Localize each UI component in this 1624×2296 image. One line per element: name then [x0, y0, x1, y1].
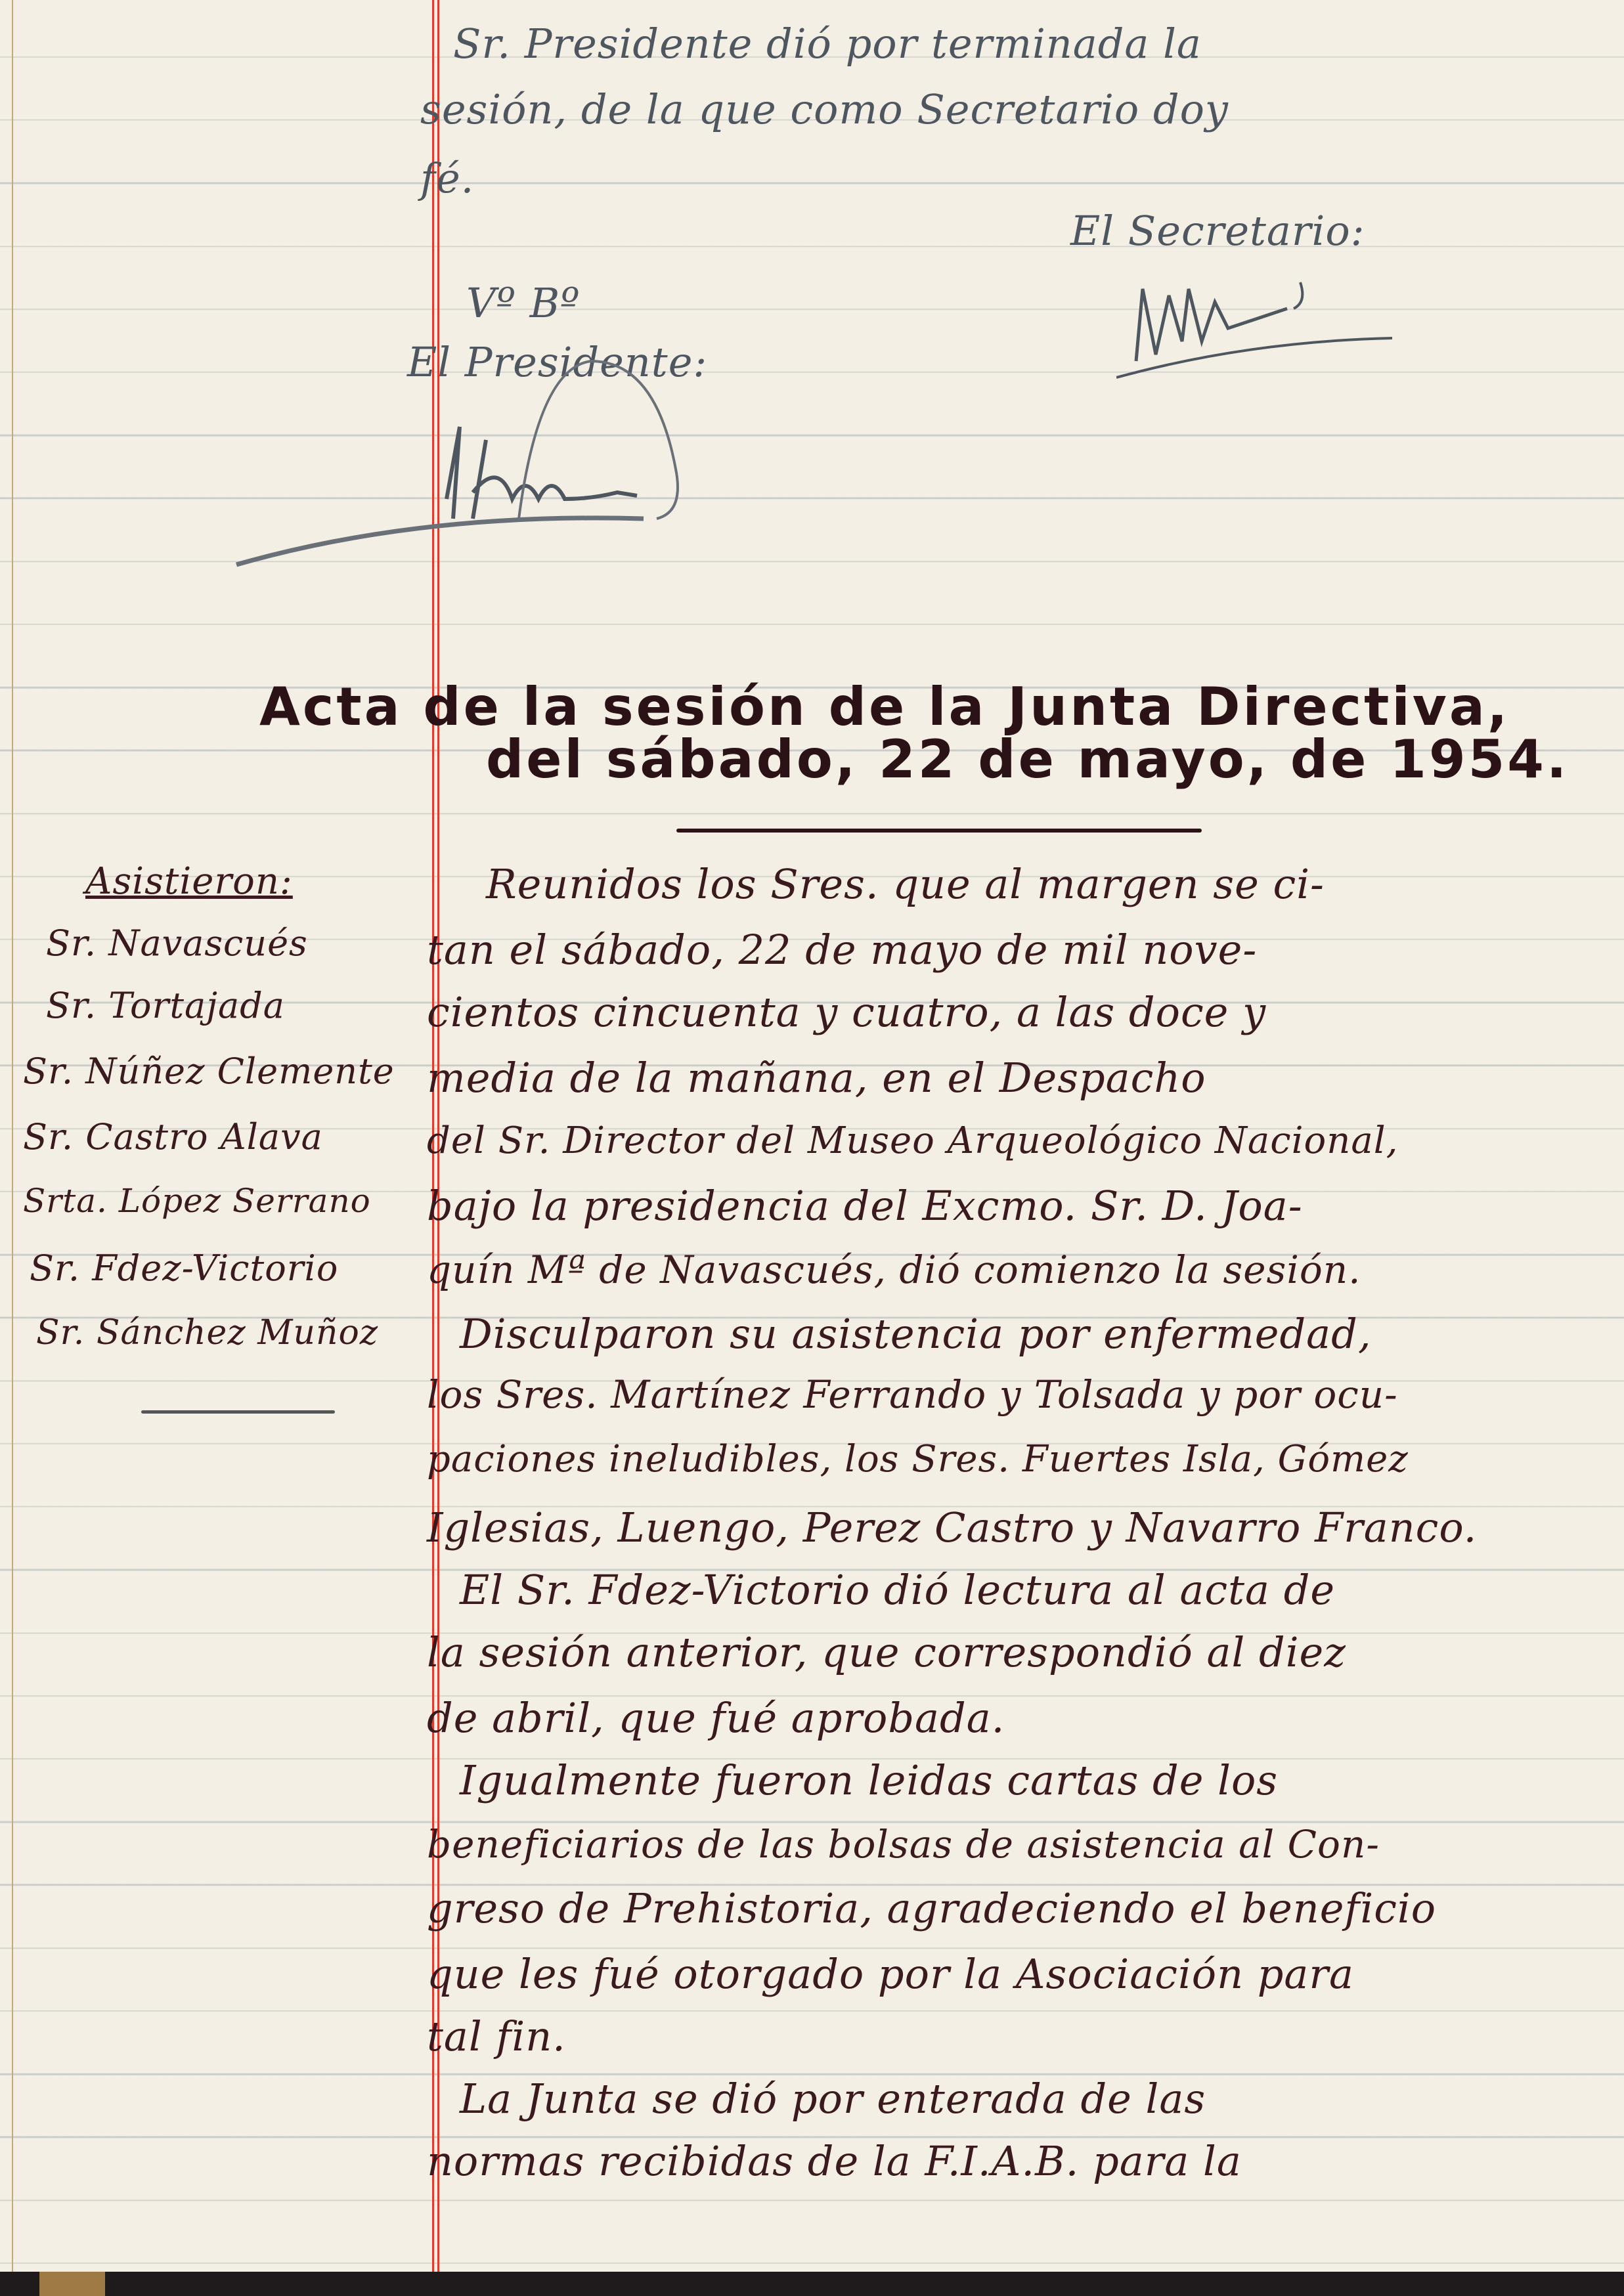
- body-line-21: normas recibidas de la F.I.A.B. para la: [427, 2137, 1242, 2185]
- attendee-7: Sr. Sánchez Muñoz: [36, 1313, 378, 1353]
- attendee-4: Sr. Castro Alava: [23, 1116, 323, 1158]
- body-line-10: paciones ineludibles, los Sres. Fuertes …: [427, 1438, 1409, 1481]
- scan-bottom-background: [0, 2272, 1624, 2296]
- body-line-13: la sesión anterior, que correspondió al …: [427, 1628, 1346, 1676]
- body-line-15: Igualmente fueron leidas cartas de los: [460, 1756, 1278, 1804]
- body-line-7: quín Mª de Navascués, dió comienzo la se…: [427, 1247, 1361, 1292]
- minutes-title-line-2: del sábado, 22 de mayo, de 1954.: [486, 729, 1569, 790]
- body-line-6: bajo la presidencia del Excmo. Sr. D. Jo…: [427, 1182, 1303, 1230]
- president-signature: [223, 341, 946, 578]
- closing-line-2: sesión, de la que como Secretario doy: [420, 85, 1229, 133]
- body-line-4: media de la mañana, en el Despacho: [427, 1054, 1206, 1102]
- body-line-14: de abril, que fué aprobada.: [427, 1694, 1005, 1742]
- attendee-3: Sr. Núñez Clemente: [23, 1051, 395, 1092]
- body-line-11: Iglesias, Luengo, Perez Castro y Navarro…: [427, 1504, 1477, 1551]
- body-line-3: cientos cincuenta y cuatro, a las doce y: [427, 988, 1266, 1036]
- book-binding-tab: [39, 2272, 105, 2296]
- attendees-end-rule: [141, 1410, 335, 1414]
- body-line-9: los Sres. Martínez Ferrando y Tolsada y …: [427, 1372, 1398, 1417]
- body-line-16: beneficiarios de las bolsas de asistenci…: [427, 1822, 1380, 1867]
- attendee-2: Sr. Tortajada: [46, 985, 285, 1026]
- body-line-1: Reunidos los Sres. que al margen se ci-: [486, 860, 1325, 908]
- closing-line-1: Sr. Presidente dió por terminada la: [453, 20, 1202, 68]
- attendee-6: Sr. Fdez-Victorio: [30, 1247, 338, 1289]
- attendee-5: Srta. López Serrano: [23, 1182, 371, 1220]
- body-line-20: La Junta se dió por enterada de las: [460, 2075, 1206, 2123]
- vb-label: Vº Bº: [466, 279, 580, 327]
- page-left-edge: [12, 0, 13, 2272]
- attendee-1: Sr. Navascués: [46, 922, 308, 964]
- body-line-5: del Sr. Director del Museo Arqueológico …: [427, 1119, 1398, 1162]
- closing-line-3: fé.: [420, 154, 474, 202]
- secretary-label: El Secretario:: [1070, 207, 1365, 255]
- body-line-2: tan el sábado, 22 de mayo de mil nove-: [427, 926, 1257, 974]
- body-line-12: El Sr. Fdez-Victorio dió lectura al acta…: [460, 1566, 1335, 1614]
- body-line-17: greso de Prehistoria, agradeciendo el be…: [427, 1884, 1436, 1932]
- body-line-19: tal fin.: [427, 2012, 566, 2060]
- secretary-signature: [1116, 263, 1432, 381]
- body-line-8: Disculparon su asistencia por enfermedad…: [460, 1310, 1372, 1358]
- attendees-heading: Asistieron:: [85, 860, 293, 903]
- title-underline: [676, 829, 1202, 833]
- body-line-18: que les fué otorgado por la Asociación p…: [427, 1950, 1354, 1998]
